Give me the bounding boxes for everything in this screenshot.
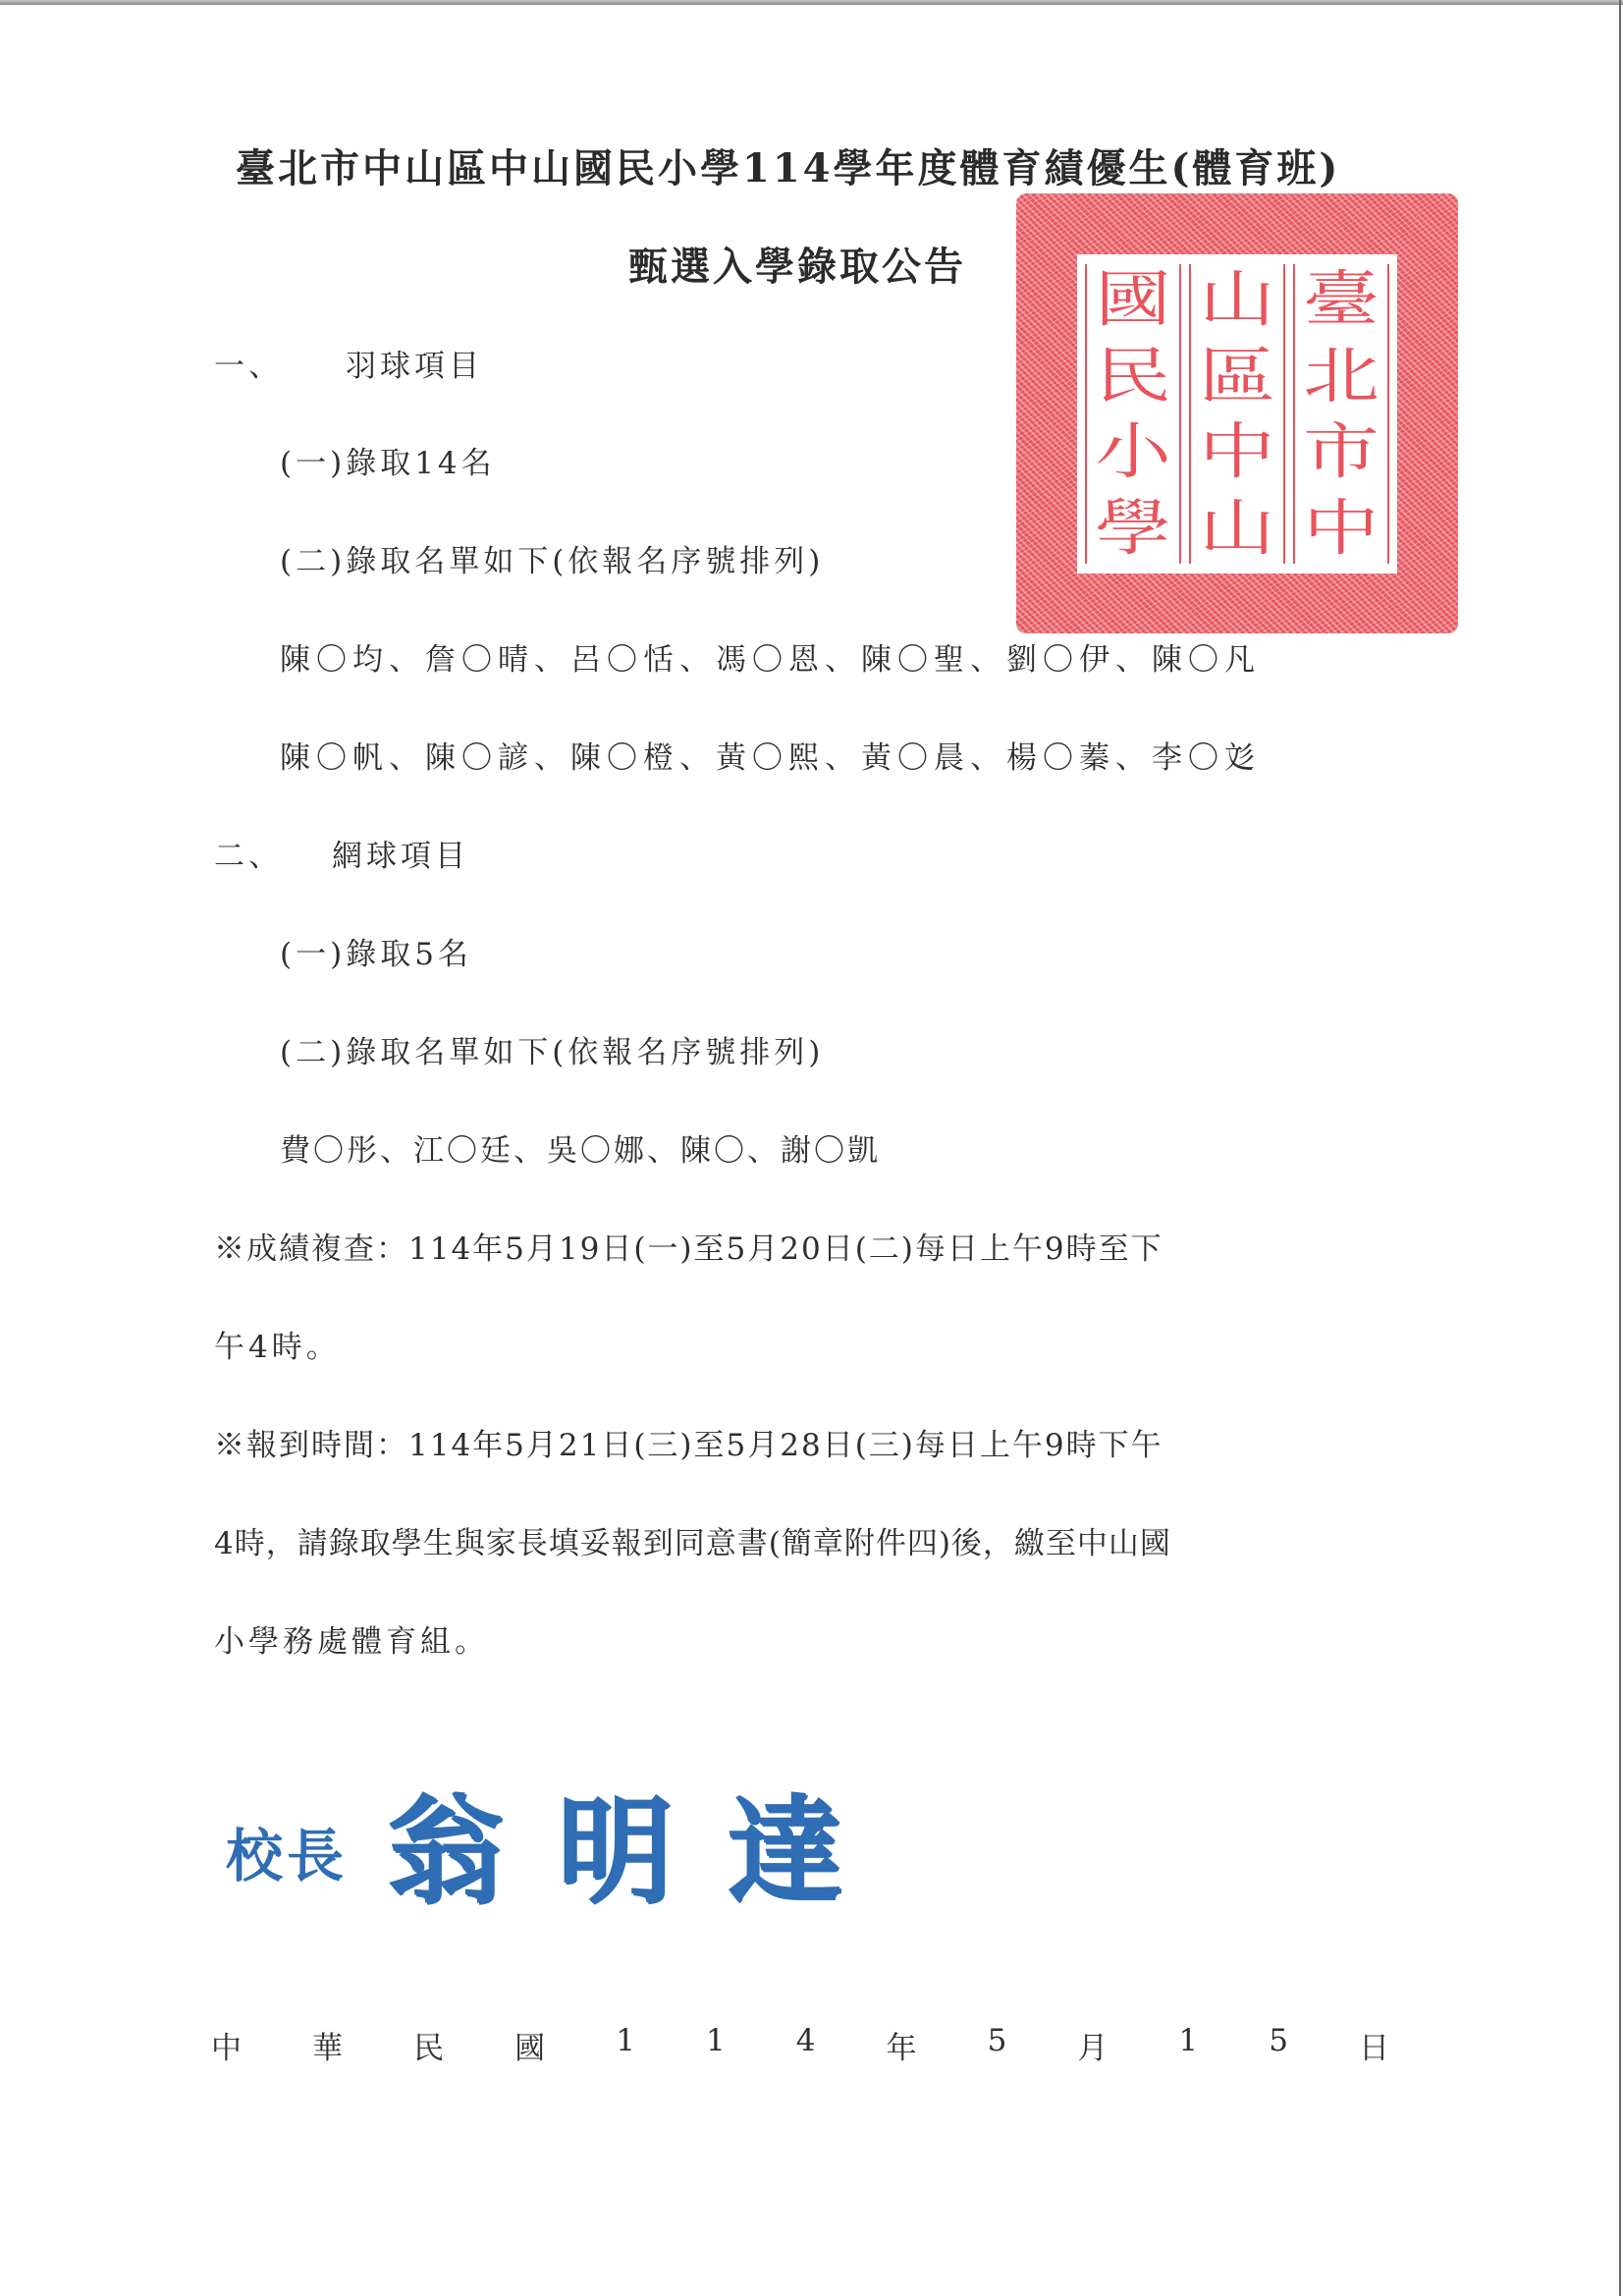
seal-char: 北 [1303, 341, 1380, 411]
principal-signature: 校長 翁 明 達 [226, 1758, 896, 1925]
section-2-list-intro: (二)錄取名單如下(依報名序號排列) [280, 1038, 824, 1068]
seal-char: 中 [1303, 493, 1380, 564]
section-1-list-intro: (二)錄取名單如下(依報名序號排列) [280, 547, 824, 577]
section-2-names-row-1: 費〇彤、江〇廷、吳〇娜、陳〇、謝〇凱 [280, 1136, 881, 1167]
date-char: 年 [887, 2023, 917, 2067]
section-2-admitted-count: (一)錄取5名 [280, 940, 472, 970]
seal-column-1: 臺 北 市 中 [1293, 264, 1389, 564]
seal-inner: 臺 北 市 中 山 區 中 山 國 民 小 學 [1077, 254, 1397, 574]
section-2-heading: 網球項目 [332, 842, 469, 872]
review-note-line-2: 午4時。 [214, 1333, 341, 1363]
date-char: 1 [706, 2023, 726, 2067]
seal-char: 臺 [1303, 264, 1380, 335]
principal-title: 校長 [226, 1810, 348, 1892]
principal-name-char: 明 [557, 1758, 673, 1925]
section-2-number: 二、 [214, 842, 283, 872]
principal-name-char: 達 [727, 1758, 842, 1925]
document-date: 中 華 民 國 1 1 4 年 5 月 1 5 日 [211, 2023, 1389, 2067]
section-1-admitted-count: (一)錄取14名 [280, 449, 496, 479]
document-subtitle: 甄選入學錄取公告 [628, 247, 966, 287]
date-char: 5 [988, 2023, 1007, 2067]
date-char: 1 [616, 2023, 635, 2067]
date-char: 4 [796, 2023, 816, 2067]
seal-column-3: 國 民 小 學 [1085, 264, 1181, 564]
review-note-line-1: ※成績複查：114年5月19日(一)至5月20日(二)每日上午9時至下 [214, 1234, 1163, 1265]
seal-char: 中 [1199, 416, 1275, 487]
date-char: 日 [1359, 2023, 1389, 2067]
section-1-names-row-2: 陳〇帆、陳〇諺、陳〇橙、黃〇熙、黃〇晨、楊〇蓁、李〇彣 [280, 743, 1261, 774]
document-title: 臺北市中山區中山國民小學114學年度體育績優生(體育班) [236, 149, 1340, 189]
section-1-names-row-1: 陳〇均、詹〇晴、呂〇恬、馮〇恩、陳〇聖、劉〇伊、陳〇凡 [280, 645, 1261, 676]
date-char: 1 [1178, 2023, 1198, 2067]
seal-char: 山 [1199, 264, 1275, 335]
date-char: 民 [413, 2023, 444, 2067]
section-1-heading: 羽球項目 [346, 352, 483, 382]
seal-char: 區 [1199, 341, 1275, 411]
report-note-line-3: 小學務處體育組。 [214, 1627, 489, 1658]
date-char: 月 [1077, 2023, 1108, 2067]
seal-char: 山 [1199, 493, 1275, 564]
seal-char: 市 [1303, 416, 1380, 487]
date-char: 國 [514, 2023, 545, 2067]
official-seal: 臺 北 市 中 山 區 中 山 國 民 小 學 [1016, 193, 1458, 633]
seal-char: 小 [1095, 416, 1171, 487]
report-note-line-1: ※報到時間：114年5月21日(三)至5月28日(三)每日上午9時下午 [214, 1431, 1163, 1461]
seal-char: 國 [1095, 264, 1171, 335]
scan-edge-right [1619, 0, 1621, 2296]
date-char: 5 [1269, 2023, 1288, 2067]
section-1-number: 一、 [214, 352, 283, 382]
seal-column-2: 山 區 中 山 [1189, 264, 1285, 564]
seal-char: 學 [1095, 493, 1171, 564]
scan-edge-top [0, 0, 1623, 5]
report-note-line-2: 4時，請錄取學生與家長填妥報到同意書(簡章附件四)後，繳至中山國 [214, 1529, 1171, 1559]
date-char: 中 [211, 2023, 242, 2067]
principal-name-char: 翁 [387, 1758, 503, 1925]
date-char: 華 [312, 2023, 343, 2067]
seal-char: 民 [1095, 341, 1171, 411]
